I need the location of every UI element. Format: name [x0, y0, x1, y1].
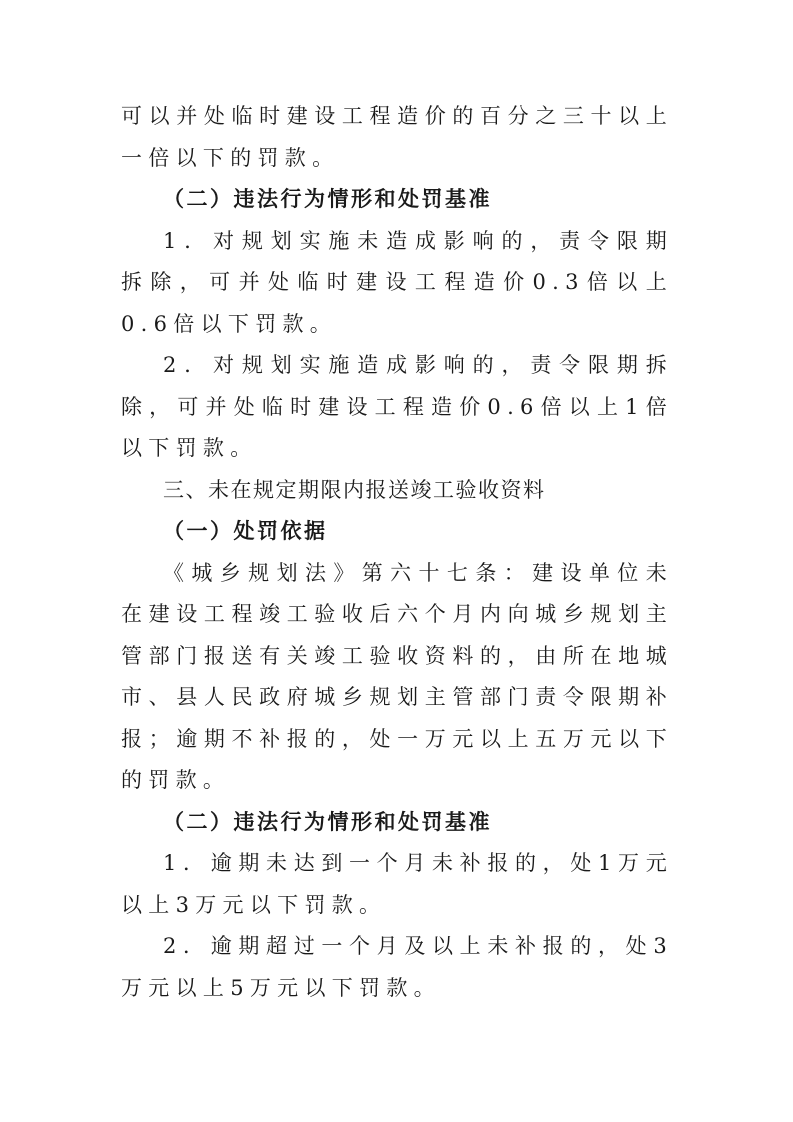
body-paragraph-item-1: 1．对规划实施未造成影响的，责令限期拆除，可并处临时建设工程造价0.3倍以上0.… — [121, 221, 673, 346]
body-paragraph-continuation: 可以并处临时建设工程造价的百分之三十以上一倍以下的罚款。 — [121, 96, 673, 179]
subheading-penalty-criteria-2: （二）违法行为情形和处罚基准 — [121, 802, 673, 844]
subheading-penalty-basis: （一）处罚依据 — [121, 511, 673, 553]
document-page: 可以并处临时建设工程造价的百分之三十以上一倍以下的罚款。 （二）违法行为情形和处… — [121, 96, 673, 1009]
body-paragraph-item-1b: 1．逾期未达到一个月未补报的，处1万元以上3万元以下罚款。 — [121, 843, 673, 926]
body-paragraph-law-article: 《城乡规划法》第六十七条：建设单位未在建设工程竣工验收后六个月内向城乡规划主管部… — [121, 553, 673, 802]
section-heading-3: 三、未在规定期限内报送竣工验收资料 — [121, 470, 673, 512]
body-paragraph-item-2b: 2．逾期超过一个月及以上未补报的，处3万元以上5万元以下罚款。 — [121, 926, 673, 1009]
subheading-penalty-criteria: （二）违法行为情形和处罚基准 — [121, 179, 673, 221]
body-paragraph-item-2: 2．对规划实施造成影响的，责令限期拆除，可并处临时建设工程造价0.6倍以上1倍以… — [121, 345, 673, 470]
